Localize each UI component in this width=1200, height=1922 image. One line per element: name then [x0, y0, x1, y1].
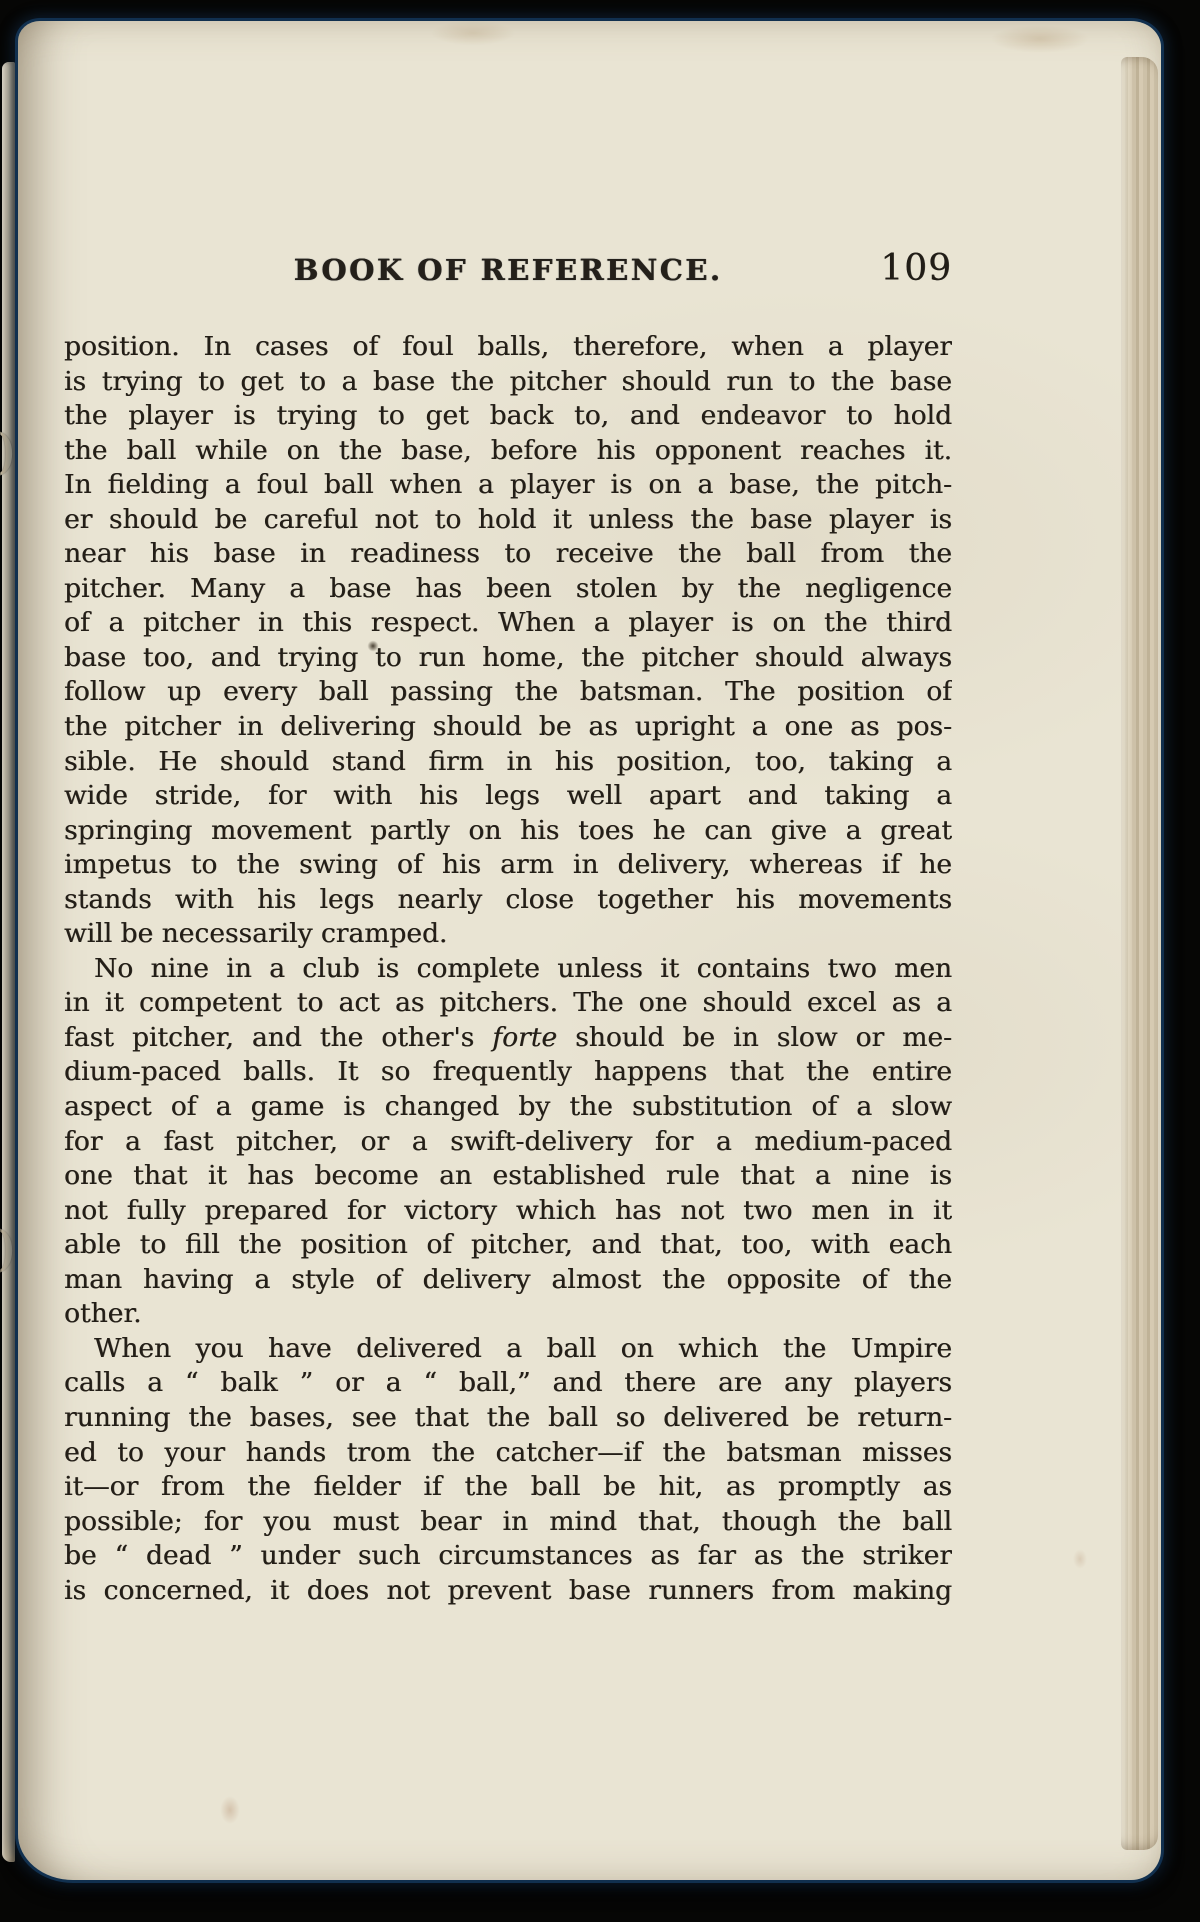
- text-line: base too, and trying to run home, the pi…: [64, 641, 952, 676]
- text-line: impetus to the swing of his arm in deliv…: [64, 848, 952, 883]
- book-page: BOOK OF REFERENCE. 109 position. In case…: [18, 21, 1161, 1880]
- text-line: of a pitcher in this respect. When a pla…: [64, 606, 952, 641]
- text-segment: fast pitcher, and the other's: [64, 1022, 492, 1053]
- text-line: is concerned, it does not prevent base r…: [64, 1574, 952, 1609]
- text-line: sible. He should stand firm in his posit…: [64, 745, 952, 780]
- text-line: ed to your hands trom the catcher—if the…: [64, 1436, 952, 1471]
- text-line: running the bases, see that the ball so …: [64, 1401, 952, 1436]
- text-line: dium-paced balls. It so frequently happe…: [64, 1055, 952, 1090]
- text-line: calls a “ balk ” or a “ ball,” and there…: [64, 1366, 952, 1401]
- previous-page-edge: [2, 62, 15, 1862]
- text-line: position. In cases of foul balls, theref…: [64, 330, 952, 365]
- text-line: it—or from the fielder if the ball be hi…: [64, 1470, 952, 1505]
- text-line: man having a style of delivery almost th…: [64, 1263, 952, 1298]
- text-line: er should be careful not to hold it unle…: [64, 503, 952, 538]
- text-line: In fielding a foul ball when a player is…: [64, 468, 952, 503]
- text-line: be “ dead ” under such circumstances as …: [64, 1539, 952, 1574]
- text-line: other.: [64, 1297, 952, 1332]
- text-line: the player is trying to get back to, and…: [64, 399, 952, 434]
- text-line: stands with his legs nearly close togeth…: [64, 883, 952, 918]
- text-line: near his base in readiness to receive th…: [64, 537, 952, 572]
- text-line: the pitcher in delivering should be as u…: [64, 710, 952, 745]
- page-number: 109: [880, 248, 952, 289]
- text-line: possible; for you must bear in mind that…: [64, 1505, 952, 1540]
- italic-word: forte: [492, 1022, 557, 1053]
- text-line: follow up every ball passing the batsman…: [64, 675, 952, 710]
- text-line: able to fill the position of pitcher, an…: [64, 1228, 952, 1263]
- text-line: the ball while on the base, before his o…: [64, 434, 952, 469]
- text-line: wide stride, for with his legs well apar…: [64, 779, 952, 814]
- running-header: BOOK OF REFERENCE. 109: [64, 253, 952, 299]
- text-line: in it competent to act as pitchers. The …: [64, 986, 952, 1021]
- text-line: pitcher. Many a base has been stolen by …: [64, 572, 952, 607]
- text-line: No nine in a club is complete unless it …: [64, 952, 952, 987]
- text-line: When you have delivered a ball on which …: [64, 1332, 952, 1367]
- text-line: will be necessarily cramped.: [64, 917, 952, 952]
- page-edge-stack: [1121, 57, 1158, 1850]
- text-line: is trying to get to a base the pitcher s…: [64, 365, 952, 400]
- text-line: fast pitcher, and the other's forte shou…: [64, 1021, 952, 1056]
- text-line: springing movement partly on his toes he…: [64, 814, 952, 849]
- text-line: for a fast pitcher, or a swift-delivery …: [64, 1125, 952, 1160]
- text-line: not fully prepared for victory which has…: [64, 1194, 952, 1229]
- page-crease-mark: ): [0, 1225, 14, 1273]
- text-line: aspect of a game is changed by the subst…: [64, 1090, 952, 1125]
- text-segment: should be in slow or me-: [557, 1022, 952, 1053]
- text-line: one that it has become an established ru…: [64, 1159, 952, 1194]
- page-title: BOOK OF REFERENCE.: [64, 253, 952, 287]
- scanned-book-photo: ) ) BOOK OF REFERENCE. 109 position. In …: [0, 0, 1200, 1922]
- page-text: position. In cases of foul balls, theref…: [64, 330, 952, 1608]
- page-crease-mark: ): [0, 428, 14, 476]
